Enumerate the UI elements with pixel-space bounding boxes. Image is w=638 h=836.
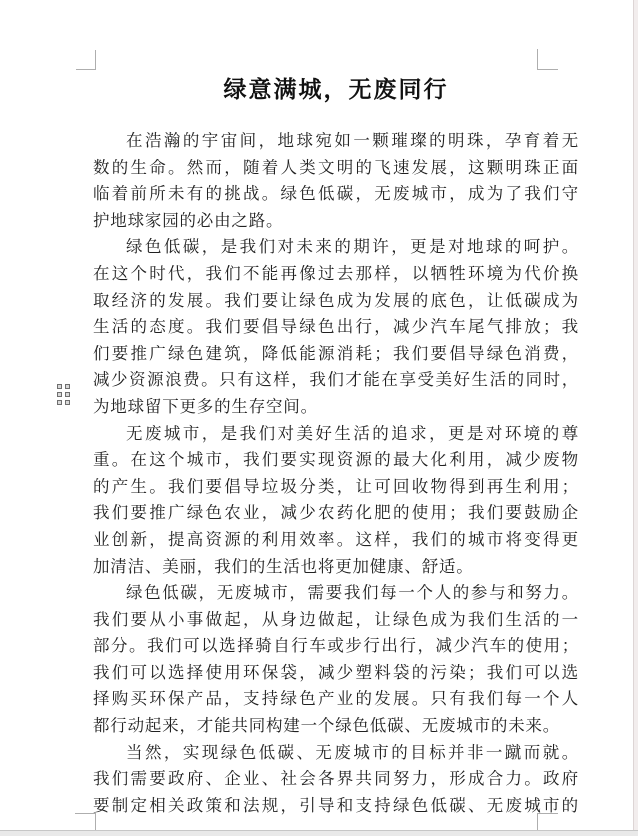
text-line: 为地球留下更多的生存空间。 (93, 394, 579, 421)
paragraph: 当然，实现绿色低碳、无废城市的目标并非一蹴而就。我们需要政府、企业、社会各界共同… (93, 740, 579, 820)
text-boundary-mark-top-left (95, 50, 96, 69)
drag-handle-dot (65, 392, 70, 397)
text-line: 无废城市，是我们对美好生活的追求，更是对环境的尊 (93, 421, 579, 448)
text-line: 生活的态度。我们要倡导绿色出行，减少汽车尾气排放；我 (93, 314, 579, 341)
text-line: 在这个时代，我们不能再像过去那样，以牺牲环境为代价换 (93, 261, 579, 288)
text-line: 的产生。我们要倡导垃圾分类，让可回收物得到再生利用； (93, 474, 579, 501)
paragraph: 绿色低碳，无废城市，需要我们每一个人的参与和努力。我们要从小事做起，从身边做起，… (93, 580, 579, 740)
text-line: 减少资源浪费。只有这样，我们才能在享受美好生活的同时， (93, 367, 579, 394)
text-line: 取经济的发展。我们要让绿色成为发展的底色，让低碳成为 (93, 288, 579, 315)
paragraph: 绿色低碳，是我们对未来的期许，更是对地球的呵护。在这个时代，我们不能再像过去那样… (93, 234, 579, 420)
paragraph: 无废城市，是我们对美好生活的追求，更是对环境的尊重。在这个城市，我们要实现资源的… (93, 421, 579, 581)
text-line: 们要推广绿色建筑，降低能源消耗；我们要倡导绿色消费， (93, 341, 579, 368)
text-line: 当然，实现绿色低碳、无废城市的目标并非一蹴而就。 (93, 740, 579, 767)
drag-handle-dot (57, 384, 62, 389)
text-line: 在浩瀚的宇宙间，地球宛如一颗璀璨的明珠，孕育着无 (93, 128, 579, 155)
drag-handle-dot (57, 392, 62, 397)
text-line: 择购买环保产品，支持绿色产业的发展。只有我们每一个人 (93, 686, 579, 713)
text-line: 部分。我们可以选择骑自行车或步行出行，减少汽车的使用； (93, 633, 579, 660)
text-line: 业创新，提高资源的利用效率。这样，我们的城市将变得更 (93, 527, 579, 554)
six-dot-drag-handle-icon[interactable] (57, 384, 70, 405)
drag-handle-dot (57, 400, 62, 405)
text-line: 重。在这个城市，我们要实现资源的最大化利用，减少废物 (93, 447, 579, 474)
drag-handle-dot (65, 400, 70, 405)
text-line: 要制定相关政策和法规，引导和支持绿色低碳、无废城市的 (93, 793, 579, 820)
page-bottom-workspace-strip (0, 830, 638, 836)
document-page: 绿意满城，无废同行 在浩瀚的宇宙间，地球宛如一颗璀璨的明珠，孕育着无数的生命。然… (0, 0, 638, 836)
text-line: 都行动起来，才能共同构建一个绿色低碳、无废城市的未来。 (93, 713, 579, 740)
text-line: 数的生命。然而，随着人类文明的飞速发展，这颗明珠正面 (93, 155, 579, 182)
text-line: 加清洁、美丽，我们的生活也将更加健康、舒适。 (93, 554, 579, 581)
document-title: 绿意满城，无废同行 (93, 76, 579, 103)
text-line: 护地球家园的必由之路。 (93, 208, 579, 235)
text-line: 我们需要政府、企业、社会各界共同努力，形成合力。政府 (93, 766, 579, 793)
text-line: 我们要推广绿色农业，减少农药化肥的使用；我们要鼓励企 (93, 500, 579, 527)
text-line: 我们要从小事做起，从身边做起，让绿色成为我们生活的一 (93, 607, 579, 634)
paragraph: 在浩瀚的宇宙间，地球宛如一颗璀璨的明珠，孕育着无数的生命。然而，随着人类文明的飞… (93, 128, 579, 234)
text-boundary-mark-top-left (76, 69, 96, 70)
text-line: 绿色低碳，是我们对未来的期许，更是对地球的呵护。 (93, 234, 579, 261)
right-edge-strip (633, 0, 638, 836)
drag-handle-dot (65, 384, 70, 389)
text-boundary-mark-top-right (537, 49, 538, 69)
text-boundary-mark-top-right (537, 69, 558, 70)
text-line: 绿色低碳，无废城市，需要我们每一个人的参与和努力。 (93, 580, 579, 607)
document-body: 在浩瀚的宇宙间，地球宛如一颗璀璨的明珠，孕育着无数的生命。然而，随着人类文明的飞… (93, 128, 579, 819)
text-line: 我们可以选择使用环保袋，减少塑料袋的污染；我们可以选 (93, 660, 579, 687)
text-line: 临着前所未有的挑战。绿色低碳，无废城市，成为了我们守 (93, 181, 579, 208)
text-column: 绿意满城，无废同行 在浩瀚的宇宙间，地球宛如一颗璀璨的明珠，孕育着无数的生命。然… (93, 76, 579, 819)
